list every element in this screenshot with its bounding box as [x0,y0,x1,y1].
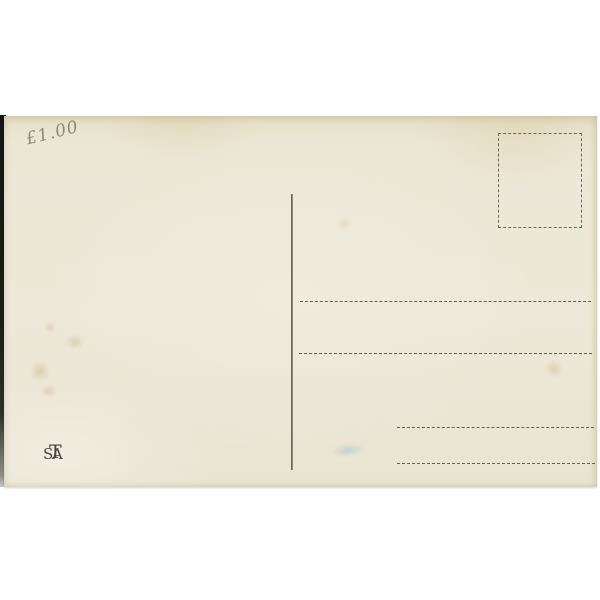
paper-stain [542,357,566,381]
address-line-1 [300,301,591,302]
blue-ink-smudge [323,439,373,463]
postcard-back: £1.00 S T A [4,116,597,487]
address-line-3 [397,427,594,428]
paper-stain [38,382,60,400]
monogram-letter-a: A [52,447,63,462]
scan-background: £1.00 S T A [0,0,600,600]
paper-stain [62,332,88,352]
publisher-monogram: S T A [43,444,65,466]
address-line-2 [299,353,592,354]
paper-stain [42,321,58,334]
stamp-box [498,133,582,228]
paper-stain [334,216,354,232]
center-divider-line [291,194,293,470]
pencil-price-annotation: £1.00 [24,117,81,149]
address-line-4 [397,463,595,464]
